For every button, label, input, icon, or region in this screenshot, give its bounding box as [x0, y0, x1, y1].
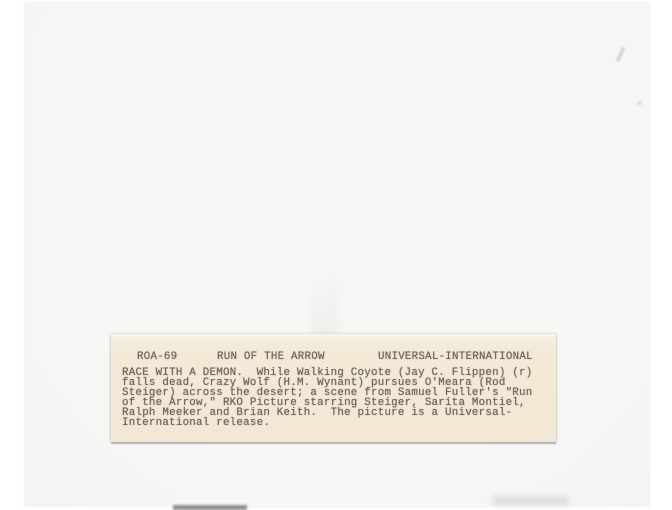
scan-edge-artifact: [173, 505, 247, 510]
scan-background: ROA-69 RUN OF THE ARROW UNIVERSAL-INTERN…: [0, 0, 672, 510]
paper-speck-artifact: [637, 101, 642, 105]
caption-studio-name: UNIVERSAL-INTERNATIONAL: [378, 351, 533, 363]
caption-body: RACE WITH A DEMON. While Walking Coyote …: [122, 368, 550, 428]
caption-code: ROA-69: [137, 351, 177, 363]
caption-film-title: RUN OF THE ARROW: [217, 351, 325, 363]
caption-slip: ROA-69 RUN OF THE ARROW UNIVERSAL-INTERN…: [111, 334, 556, 442]
caption-line: International release.: [122, 418, 550, 428]
scan-smudge-artifact: [493, 496, 569, 505]
paper-scratch-artifact: [616, 47, 625, 62]
